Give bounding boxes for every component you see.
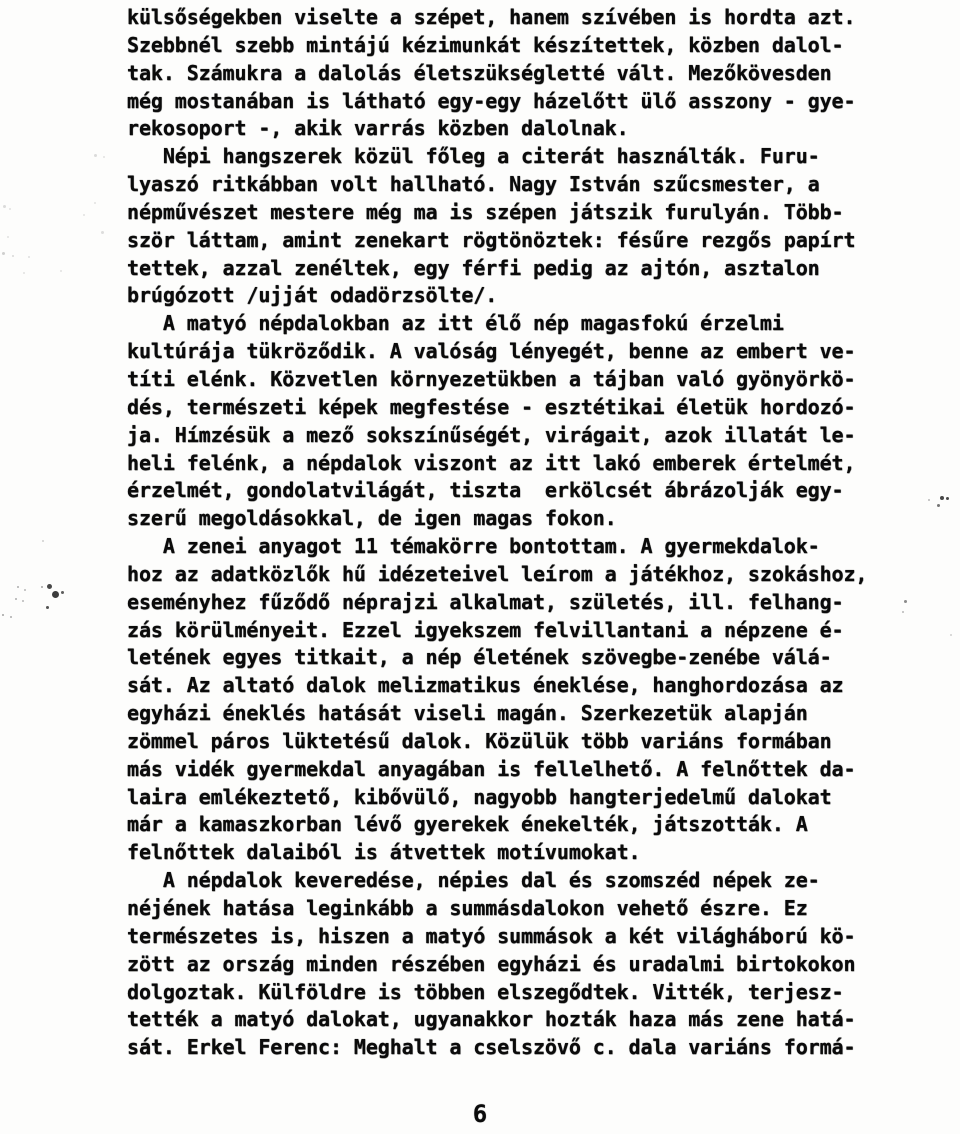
text-line: ször láttam, amint zenekart rögtönöztek:… [127, 227, 867, 255]
document-page: külsőségekben viselte a szépet, hanem sz… [0, 0, 960, 1134]
ink-speck [17, 586, 19, 588]
text-line: már a kamaszkorban lévő gyerekek énekelt… [127, 811, 867, 839]
ink-speck [946, 497, 949, 500]
text-line: kultúrája tükröződik. A valóság lényegét… [127, 338, 867, 366]
ink-speck [23, 272, 25, 274]
text-line: hoz az adatközlők hű idézeteivel leírom … [127, 561, 867, 589]
ink-speck [15, 598, 17, 600]
ink-speck [41, 586, 43, 588]
text-line: zött az ország minden részében egyházi é… [127, 951, 867, 979]
text-line: természetes is, hiszen a matyó summások … [127, 923, 867, 951]
text-line: Szebbnél szebb mintájú kézimunkát készít… [127, 32, 867, 60]
ink-speck [42, 540, 44, 542]
text-line: letének egyes titkait, a nép életének sz… [127, 644, 867, 672]
ink-speck [47, 584, 52, 589]
text-line: szerű megoldásokkal, de igen magas fokon… [127, 505, 867, 533]
ink-speck [12, 255, 14, 257]
text-line: A matyó népdalokban az itt élő nép magas… [127, 310, 867, 338]
text-line: külsőségekben viselte a szépet, hanem sz… [127, 4, 867, 32]
text-line: tak. Számukra a dalolás életszükségletté… [127, 60, 867, 88]
text-line: rekosoport -, akik varrás közben dalolna… [127, 115, 867, 143]
text-line: dolgoztak. Külföldre is többen elszegődt… [127, 979, 867, 1007]
ink-speck [60, 270, 62, 272]
ink-speck [9, 208, 11, 210]
text-line: brúgózott /ujját odadörzsölte/. [127, 282, 867, 310]
text-line: sát. Az altató dalok melizmatikus éneklé… [127, 672, 867, 700]
text-line: még mostanában is látható egy-egy házelő… [127, 88, 867, 116]
ink-speck [61, 591, 64, 594]
ink-speck [94, 202, 96, 204]
ink-speck [94, 154, 97, 157]
text-line: lyaszó ritkábban volt hallható. Nagy Ist… [127, 171, 867, 199]
text-line: ja. Hímzésük a mező sokszínűségét, virág… [127, 422, 867, 450]
text-line: más vidék gyermekdal anyagában is fellel… [127, 756, 867, 784]
ink-speck [950, 634, 952, 636]
ink-speck [902, 611, 904, 613]
text-line: tették a matyó dalokat, ugyanakkor hoztá… [127, 1006, 867, 1034]
text-line: heli felénk, a népdalok viszont az itt l… [127, 450, 867, 478]
ink-speck [24, 589, 26, 591]
text-line: títi elénk. Közvetlen környezetükben a t… [127, 366, 867, 394]
ink-speck [101, 231, 104, 234]
ink-speck [22, 600, 24, 602]
text-line: A népdalok keveredése, népies dal és szo… [127, 867, 867, 895]
text-line: dés, természeti képek megfestése - eszté… [127, 394, 867, 422]
ink-speck [940, 496, 944, 500]
ink-speck [3, 205, 6, 208]
text-line: népművészet mestere még ma is szépen ját… [127, 199, 867, 227]
ink-speck [928, 499, 930, 501]
text-line: felnőttek dalaiból is átvettek motívumok… [127, 839, 867, 867]
text-line: tettek, azzal zenéltek, egy férfi pedig … [127, 255, 867, 283]
ink-speck [52, 591, 59, 598]
ink-speck [7, 236, 9, 238]
text-line: sát. Erkel Ferenc: Meghalt a cselszövő c… [127, 1034, 867, 1062]
ink-speck [103, 156, 105, 158]
ink-speck [2, 614, 4, 616]
ink-speck [46, 606, 49, 609]
text-line: zömmel páros lüktetésű dalok. Közülük tö… [127, 728, 867, 756]
ink-speck [937, 504, 940, 507]
ink-speck [10, 616, 12, 618]
text-line: néjének hatása leginkább a summásdalokon… [127, 895, 867, 923]
ink-speck [904, 600, 907, 603]
ink-speck [83, 214, 85, 216]
text-line: egyházi éneklés hatását viseli magán. Sz… [127, 700, 867, 728]
ink-speck [28, 256, 30, 258]
text-line: laira emlékeztető, kibővülő, nagyobb han… [127, 784, 867, 812]
ink-speck [2, 252, 5, 255]
text-line: eseményhez fűződő néprajzi alkalmat, szü… [127, 589, 867, 617]
text-line: A zenei anyagot 11 témakörre bontottam. … [127, 533, 867, 561]
body-text: külsőségekben viselte a szépet, hanem sz… [127, 4, 867, 1062]
page-number: 6 [0, 1100, 960, 1128]
text-line: zás körülményeit. Ezzel igyekszem felvil… [127, 617, 867, 645]
text-line: érzelmét, gondolatvilágát, tiszta erkölc… [127, 477, 867, 505]
text-line: Népi hangszerek közül főleg a citerát ha… [127, 143, 867, 171]
